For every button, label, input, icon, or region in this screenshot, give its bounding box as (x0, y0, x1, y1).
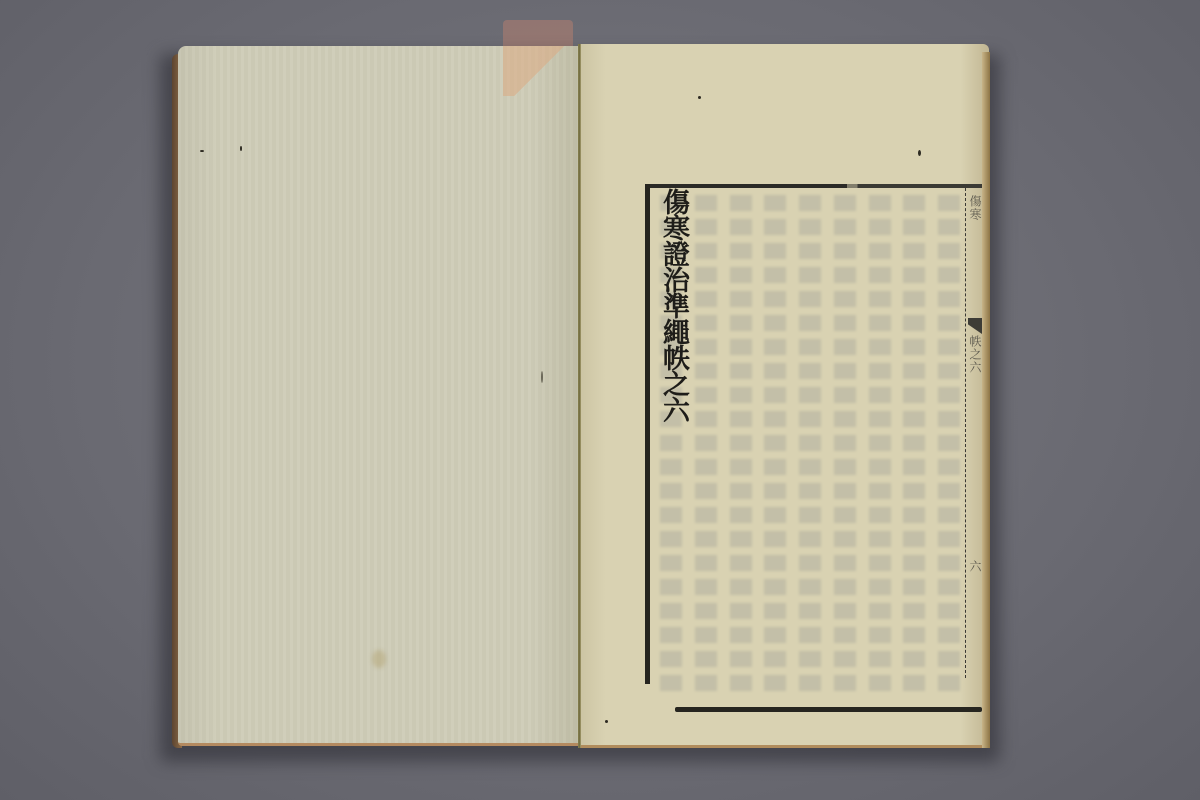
book-title: 傷寒證治準繩帙之六 (651, 188, 691, 422)
frame-bottom-border (675, 707, 982, 712)
speck (200, 150, 204, 152)
margin-label-lower: 六 (968, 560, 982, 573)
printed-frame (645, 184, 982, 712)
speck (918, 150, 921, 156)
speck (240, 146, 242, 151)
stain (372, 650, 386, 668)
margin-column-rule (965, 188, 967, 678)
margin-label-upper: 傷寒 (968, 195, 982, 221)
folded-corner (503, 46, 575, 96)
page-edge (982, 52, 990, 748)
frame-left-border (645, 184, 650, 684)
frame-top-border (645, 184, 982, 188)
speck (541, 371, 543, 383)
margin-label-volume: 帙之六 (968, 335, 982, 374)
left-page (178, 46, 580, 746)
speck (698, 96, 701, 99)
speck (605, 720, 608, 723)
